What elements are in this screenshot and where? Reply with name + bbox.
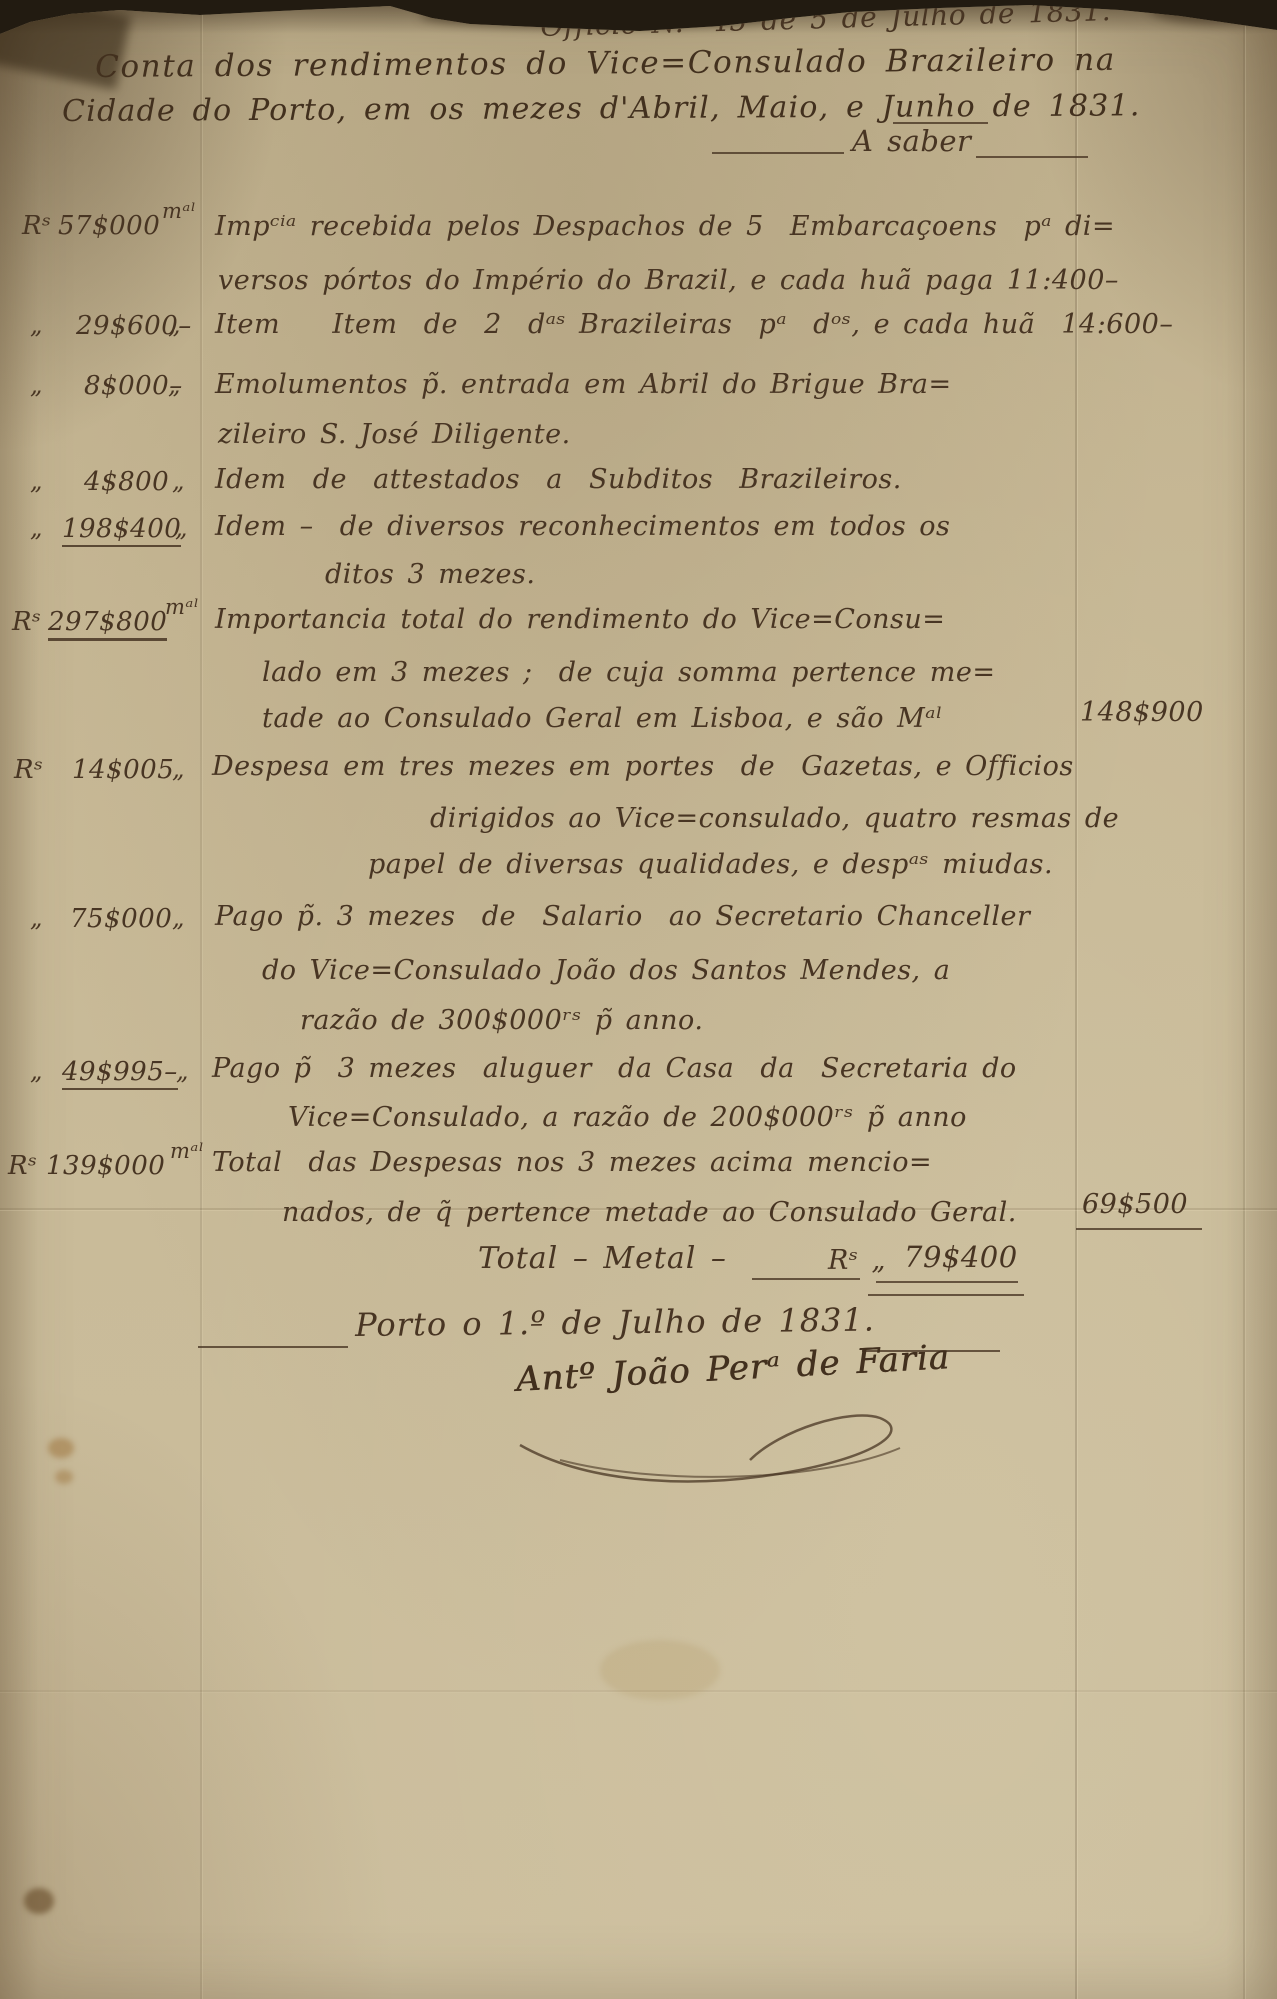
entry-amount: 75$000 [70, 905, 172, 934]
entry-text-line: do Vice=Consulado João dos Santos Mendes… [262, 956, 950, 986]
a-saber-label: A saber [852, 126, 971, 158]
entry-currency: Rˢ [14, 756, 43, 785]
entry-currency: Rˢ [12, 608, 41, 637]
entry-text-line: Importancia total do rendimento do Vice=… [215, 605, 945, 635]
entry-text-line: Idem – de diversos reconhecimentos em to… [215, 512, 950, 542]
fold-crease-vertical-3 [1243, 0, 1245, 1999]
entry-currency: „ [30, 905, 43, 931]
entry-text-line: versos pórtos do Império do Brazil, e ca… [218, 266, 1119, 296]
entry-unit: „ [172, 468, 185, 494]
ink-rule [712, 152, 844, 154]
ink-rule [752, 1278, 860, 1280]
signature-flourish [500, 1390, 930, 1490]
paper-shadow-top-middle [420, 4, 780, 28]
office-number: Officio N.º 45 de 5 de Julho de 1831. [540, 0, 1111, 43]
entry-amount: 14$005 [72, 756, 174, 785]
entry-unit: „ [168, 312, 181, 338]
entry-unit: mᵃˡ [162, 200, 196, 223]
entry-text-line: zileiro S. José Diligente. [218, 420, 571, 450]
paper-stain [24, 1888, 54, 1914]
entry-unit: „ [168, 372, 181, 398]
paper-shadow-top-right [1150, 0, 1277, 24]
entry-currency: „ [30, 312, 43, 338]
entry-amount: 297$800 [48, 608, 167, 641]
paper-stain [48, 1438, 74, 1458]
entry-text-line: Vice=Consulado, a razão de 200$000ʳˢ p̃ … [288, 1103, 967, 1133]
paper-stain [600, 1640, 720, 1700]
entry-amount: 198$400 [62, 515, 181, 547]
entry-text-line: Item Item de 2 dᵃˢ Brazileiras pᵃ dᵒˢ, e… [215, 310, 1173, 340]
fold-crease-vertical-2 [1075, 0, 1077, 1999]
fold-crease-vertical-1 [200, 0, 202, 1999]
entry-amount: 57$000 [58, 212, 160, 241]
entry-unit: „ [175, 515, 188, 541]
entry-text-line: Pago p̃. 3 mezes de Salario ao Secretari… [215, 902, 1030, 932]
entry-amount: 139$000 [46, 1152, 165, 1181]
entry-unit: „ [176, 1058, 189, 1084]
ink-rule [868, 1294, 1024, 1296]
entry-unit: mᵃˡ [165, 596, 199, 619]
title-line-1: Conta dos rendimentos do Vice=Consulado … [95, 43, 1116, 84]
ink-rule [1076, 1228, 1202, 1230]
entry-text-line: Emolumentos p̃. entrada em Abril do Brig… [215, 370, 952, 400]
entry-currency: „ [30, 372, 43, 398]
total-currency: Rˢ „ [828, 1246, 886, 1276]
entry-text-line: ditos 3 mezes. [325, 560, 535, 590]
entry-currency: „ [30, 515, 43, 541]
entry-text-line: lado em 3 mezes ; de cuja somma pertence… [262, 658, 995, 688]
entry-unit: mᵃˡ [170, 1140, 204, 1163]
entry-text-line: dirigidos ao Vice=consulado, quatro resm… [430, 804, 1119, 834]
ink-rule [976, 156, 1088, 158]
entry-text-line: Pago p̃ 3 mezes aluguer da Casa da Secre… [212, 1054, 1017, 1084]
paper-sheet: Officio N.º 45 de 5 de Julho de 1831. Co… [0, 0, 1277, 1999]
entry-text-line: tade ao Consulado Geral em Lisboa, e são… [262, 704, 943, 734]
entry-amount: 49$995– [62, 1058, 178, 1090]
entry-text-line: Idem de attestados a Subditos Brazileiro… [215, 465, 902, 495]
entry-text-line: papel de diversas qualidades, e despᵃˢ m… [368, 850, 1053, 880]
date-line: Porto o 1.º de Julho de 1831. [355, 1303, 875, 1344]
manuscript-photo: Officio N.º 45 de 5 de Julho de 1831. Co… [0, 0, 1277, 1999]
total-label: Total – Metal – [478, 1242, 727, 1275]
paper-stain [55, 1470, 73, 1484]
total-amount: 79$400 [904, 1242, 1018, 1274]
entry-text-line: Total das Despesas nos 3 mezes acima men… [212, 1148, 932, 1178]
entry-text-line: razão de 300$000ʳˢ p̃ anno. [300, 1006, 703, 1036]
entry-currency: Rˢ [8, 1152, 37, 1181]
entry-unit: „ [172, 905, 185, 931]
entry-currency: „ [30, 468, 43, 494]
entry-text-line: nados, de q̃ pertence metade ao Consulad… [282, 1198, 1017, 1228]
entry-currency: Rˢ [22, 212, 51, 241]
entry-amount: 4$800 [84, 468, 169, 497]
ink-rule [198, 1346, 348, 1348]
entry-text-line: Despesa em tres mezes em portes de Gazet… [212, 752, 1074, 782]
half-share-value: 148$900 [1080, 698, 1204, 728]
expenses-half-value: 69$500 [1082, 1190, 1188, 1220]
ink-rule [876, 1281, 1018, 1283]
entry-unit: „ [172, 756, 185, 782]
entry-currency: „ [30, 1058, 43, 1084]
entry-text-line: Impᶜⁱᵃ recebida pelos Despachos de 5 Emb… [215, 212, 1115, 242]
